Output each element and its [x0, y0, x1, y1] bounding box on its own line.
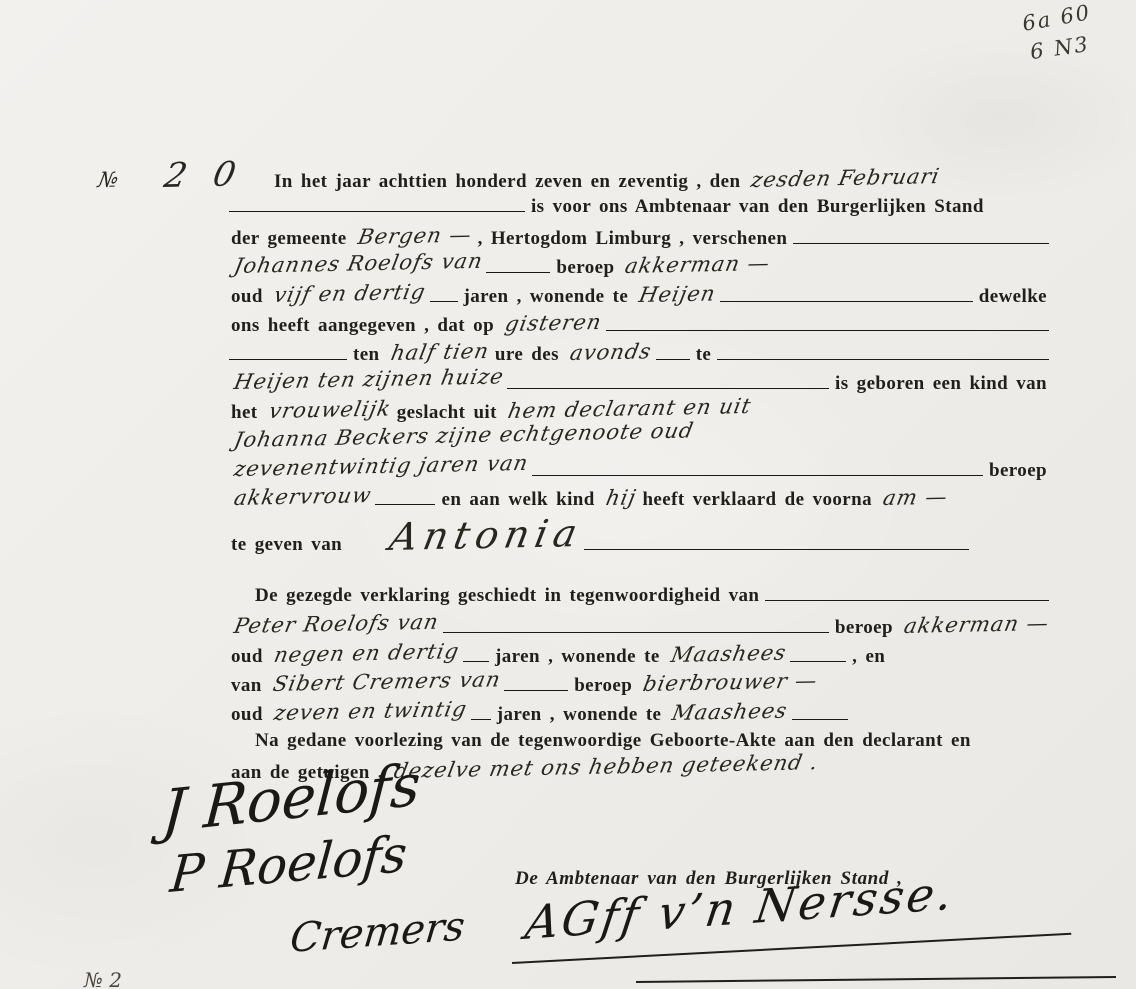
printed-text: jaren , wonende te — [495, 646, 660, 668]
handwritten-text: am — — [881, 485, 950, 510]
printed-text: De gezegde verklaring geschiedt in tegen… — [255, 585, 759, 607]
blank-line-rule — [790, 648, 846, 662]
printed-text: oud — [231, 704, 263, 726]
printed-text: ons heeft aangegeven , dat op — [231, 315, 494, 337]
blank-line-rule — [443, 619, 829, 633]
printed-text: jaren , wonende te — [497, 704, 662, 726]
printed-text: jaren , wonende te — [464, 286, 629, 308]
blank-line-rule — [717, 346, 1049, 360]
document-body: №2 0In het jaar achttien honderd zeven e… — [85, 156, 1051, 788]
printed-text: oud — [231, 286, 263, 308]
printed-text: te — [696, 344, 712, 366]
blank-line-rule — [430, 288, 458, 302]
handwritten-text: vrouwelijk — [267, 396, 393, 423]
blank-line-rule — [486, 259, 550, 273]
document-line: tenhalf tienure desavondste — [85, 341, 1051, 370]
blank-line-rule — [229, 346, 347, 360]
handwritten-text: hij — [604, 485, 638, 510]
handwritten-text: vijf en dertig — [272, 280, 428, 307]
handwritten-text: zevenentwintig jaren van — [232, 451, 531, 481]
handwritten-text: № — [96, 168, 122, 192]
spacer — [971, 549, 1051, 550]
document-line: Johannes Roelofs vanberoepakkerman — — [85, 254, 1051, 283]
handwritten-text: negen en dertig — [272, 639, 462, 667]
blank-line-rule — [229, 198, 525, 212]
printed-text: dewelke — [979, 286, 1047, 308]
handwritten-text: Maashees — [669, 641, 789, 667]
document-line: is voor ons Ambtenaar van den Burgerlijk… — [85, 196, 1051, 225]
blank-line-rule — [765, 587, 1049, 601]
handwritten-text: zeven en twintig — [272, 697, 469, 725]
blank-line-rule — [375, 491, 435, 505]
handwritten-text: Sibert Cremers van — [271, 667, 503, 696]
document-line: Johanna Beckers zijne echtgenoote oud — [85, 428, 1051, 457]
document-line: Heijen ten zijnen huizeis geboren een ki… — [85, 370, 1051, 399]
printed-text: der gemeente — [231, 228, 347, 250]
handwritten-text: hem declarant en uit — [506, 394, 754, 423]
spacer — [122, 186, 156, 187]
printed-text: oud — [231, 646, 263, 668]
blank-line-rule — [584, 536, 969, 550]
printed-text: het — [231, 402, 258, 424]
document-line: oudzeven en twintigjaren , wonende teMaa… — [85, 701, 1051, 730]
printed-text: is geboren een kind van — [835, 373, 1047, 395]
page-edge-stroke — [636, 976, 1116, 983]
printed-text: geslacht uit — [397, 402, 497, 424]
blank-line-rule — [463, 648, 489, 662]
blank-line-rule — [720, 288, 973, 302]
printed-text: ten — [353, 344, 380, 366]
corner-note-bottom: 6 N3 — [1029, 32, 1092, 64]
printed-text: beroep — [835, 617, 893, 639]
document-line: vanSibert Cremers vanberoepbierbrouwer — — [85, 672, 1051, 701]
handwritten-text: Bergen — — [356, 223, 474, 249]
printed-text: , en — [852, 646, 885, 668]
printed-text: beroep — [989, 460, 1047, 482]
printed-text: In het jaar achttien honderd zeven en ze… — [274, 171, 740, 193]
handwritten-text: half tien — [389, 339, 491, 365]
blank-line-rule — [507, 375, 829, 389]
document-line: oudvijf en dertigjaren , wonende teHeije… — [85, 283, 1051, 312]
printed-text: is voor ons Ambtenaar van den Burgerlijk… — [531, 196, 984, 218]
handwritten-text: Heijen — [637, 281, 718, 307]
blank-line-rule — [606, 317, 1049, 331]
blank-line-rule — [793, 230, 1049, 244]
document-line: zevenentwintig jaren vanberoep — [85, 457, 1051, 486]
handwritten-text: zesden Februari — [749, 162, 1051, 192]
handwritten-text: 2 0 — [161, 154, 247, 196]
printed-text: te geven van — [231, 534, 342, 556]
spacer — [244, 186, 270, 187]
blank-line-rule — [792, 706, 848, 720]
document-line: te geven vanAntonia — [85, 515, 1051, 561]
document-line: №2 0In het jaar achttien honderd zeven e… — [85, 156, 1051, 196]
document-line: ons heeft aangegeven , dat opgisteren — [85, 312, 1051, 341]
handwritten-text: akkervrouw — [232, 483, 374, 510]
printed-text: ure des — [495, 344, 559, 366]
handwritten-text: gisteren — [503, 310, 604, 336]
document-line: De gezegde verklaring geschiedt in tegen… — [85, 585, 1051, 614]
blank-line-rule — [532, 462, 983, 476]
printed-text: van — [231, 675, 262, 697]
printed-text: beroep — [556, 257, 614, 279]
scanned-birth-certificate: 6a 60 6 N3 №2 0In het jaar achttien hond… — [0, 0, 1136, 989]
handwritten-text: Heijen ten zijnen huize — [232, 364, 506, 394]
printed-text: beroep — [574, 675, 632, 697]
blank-line-rule — [656, 346, 690, 360]
printed-text: Na gedane voorlezing van de tegenwoordig… — [255, 730, 971, 752]
blank-line-rule — [471, 706, 491, 720]
handwritten-text: Maashees — [670, 699, 790, 725]
handwritten-text: Johannes Roelofs van — [232, 249, 485, 278]
corner-note-top: 6a 60 — [1020, 0, 1092, 36]
handwritten-text: Antonia — [386, 511, 587, 559]
handwritten-text: Peter Roelofs van — [232, 610, 441, 638]
handwritten-text: avonds — [568, 339, 654, 365]
handwritten-text: akkerman — — [902, 611, 1051, 638]
printed-text: , Hertogdom Limburg , verschenen — [478, 228, 788, 250]
printed-text: en aan welk kind — [441, 489, 594, 511]
partial-next-record: № 2 — [84, 968, 122, 989]
signature-witness-3: Cremers — [288, 903, 467, 962]
blank-line-rule — [504, 677, 568, 691]
printed-text: heeft verklaard de voorna — [642, 489, 872, 511]
document-line: Peter Roelofs vanberoepakkerman — — [85, 614, 1051, 643]
